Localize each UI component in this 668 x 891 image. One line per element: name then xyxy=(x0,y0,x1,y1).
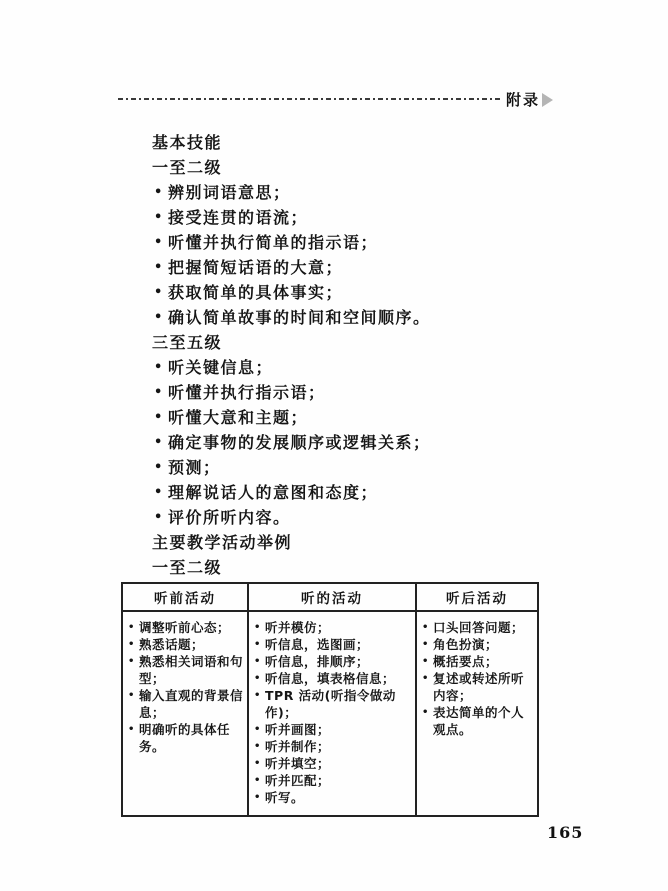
list-item: 听并填空； xyxy=(254,755,412,772)
book-page: 附录 基本技能 一至二级 辨别词语意思； 接受连贯的语流； 听懂并执行简单的指示… xyxy=(0,0,668,891)
teaching-activities-table: 听前活动 听的活动 听后活动 调整听前心态； 熟悉话题； 熟悉相关词语和句型； … xyxy=(121,582,539,817)
post-listening-list: 口头回答问题； 角色扮演； 概括要点； 复述或转述所听内容； 表达简单的个人观点… xyxy=(422,619,534,738)
main-content: 基本技能 一至二级 辨别词语意思； 接受连贯的语流； 听懂并执行简单的指示语； … xyxy=(152,130,572,580)
list-item: 预测； xyxy=(152,455,572,480)
header-dotted-rule xyxy=(118,98,502,100)
pre-listening-cell: 调整听前心态； 熟悉话题； 熟悉相关词语和句型； 输入直观的背景信息； 明确听的… xyxy=(122,611,248,816)
list-item: 熟悉话题； xyxy=(128,636,244,653)
list-item: 口头回答问题； xyxy=(422,619,534,636)
list-item: 复述或转述所听内容； xyxy=(422,670,534,704)
list-item: 表达简单的个人观点。 xyxy=(422,704,534,738)
list-item: 评价所听内容。 xyxy=(152,505,572,530)
activities-heading: 主要教学活动举例 xyxy=(152,530,572,555)
table-body-row: 调整听前心态； 熟悉话题； 熟悉相关词语和句型； 输入直观的背景信息； 明确听的… xyxy=(122,611,538,816)
page-number: 165 xyxy=(547,823,583,842)
list-item: 获取简单的具体事实； xyxy=(152,280,572,305)
skills-heading: 基本技能 xyxy=(152,130,572,155)
list-item: 听并匹配； xyxy=(254,772,412,789)
right-triangle-icon xyxy=(542,93,553,107)
list-item: 概括要点； xyxy=(422,653,534,670)
list-item: 确认简单故事的时间和空间顺序。 xyxy=(152,305,572,330)
list-item: 输入直观的背景信息； xyxy=(128,687,244,721)
list-item: 听并画图； xyxy=(254,721,412,738)
list-item: 明确听的具体任务。 xyxy=(128,721,244,755)
column-header-while-listening: 听的活动 xyxy=(248,583,416,611)
post-listening-cell: 口头回答问题； 角色扮演； 概括要点； 复述或转述所听内容； 表达简单的个人观点… xyxy=(416,611,538,816)
list-item: 听信息，排顺序； xyxy=(254,653,412,670)
level35-skill-list: 听关键信息； 听懂并执行指示语； 听懂大意和主题； 确定事物的发展顺序或逻辑关系… xyxy=(152,355,572,530)
list-item: 听关键信息； xyxy=(152,355,572,380)
list-item: 听并模仿； xyxy=(254,619,412,636)
level35-heading: 三至五级 xyxy=(152,330,572,355)
activities-level-heading: 一至二级 xyxy=(152,555,572,580)
list-item: 接受连贯的语流； xyxy=(152,205,572,230)
list-item: 辨别词语意思； xyxy=(152,180,572,205)
column-header-post-listening: 听后活动 xyxy=(416,583,538,611)
list-item: 听信息，填表格信息； xyxy=(254,670,412,687)
header-appendix-label: 附录 xyxy=(506,89,540,110)
list-item: 听懂并执行简单的指示语； xyxy=(152,230,572,255)
list-item: 确定事物的发展顺序或逻辑关系； xyxy=(152,430,572,455)
while-listening-list: 听并模仿； 听信息，选图画； 听信息，排顺序； 听信息，填表格信息； TPR 活… xyxy=(254,619,412,806)
list-item: 听懂并执行指示语； xyxy=(152,380,572,405)
table-header-row: 听前活动 听的活动 听后活动 xyxy=(122,583,538,611)
level12-skill-list: 辨别词语意思； 接受连贯的语流； 听懂并执行简单的指示语； 把握简短话语的大意；… xyxy=(152,180,572,330)
level12-heading: 一至二级 xyxy=(152,155,572,180)
while-listening-cell: 听并模仿； 听信息，选图画； 听信息，排顺序； 听信息，填表格信息； TPR 活… xyxy=(248,611,416,816)
pre-listening-list: 调整听前心态； 熟悉话题； 熟悉相关词语和句型； 输入直观的背景信息； 明确听的… xyxy=(128,619,244,755)
list-item: 调整听前心态； xyxy=(128,619,244,636)
list-item: 听懂大意和主题； xyxy=(152,405,572,430)
list-item: 听并制作； xyxy=(254,738,412,755)
list-item: 听信息，选图画； xyxy=(254,636,412,653)
list-item: 听写。 xyxy=(254,789,412,806)
list-item: 理解说话人的意图和态度； xyxy=(152,480,572,505)
list-item: 角色扮演； xyxy=(422,636,534,653)
list-item: 熟悉相关词语和句型； xyxy=(128,653,244,687)
list-item: 把握简短话语的大意； xyxy=(152,255,572,280)
column-header-pre-listening: 听前活动 xyxy=(122,583,248,611)
list-item: TPR 活动(听指令做动作)； xyxy=(254,687,412,721)
